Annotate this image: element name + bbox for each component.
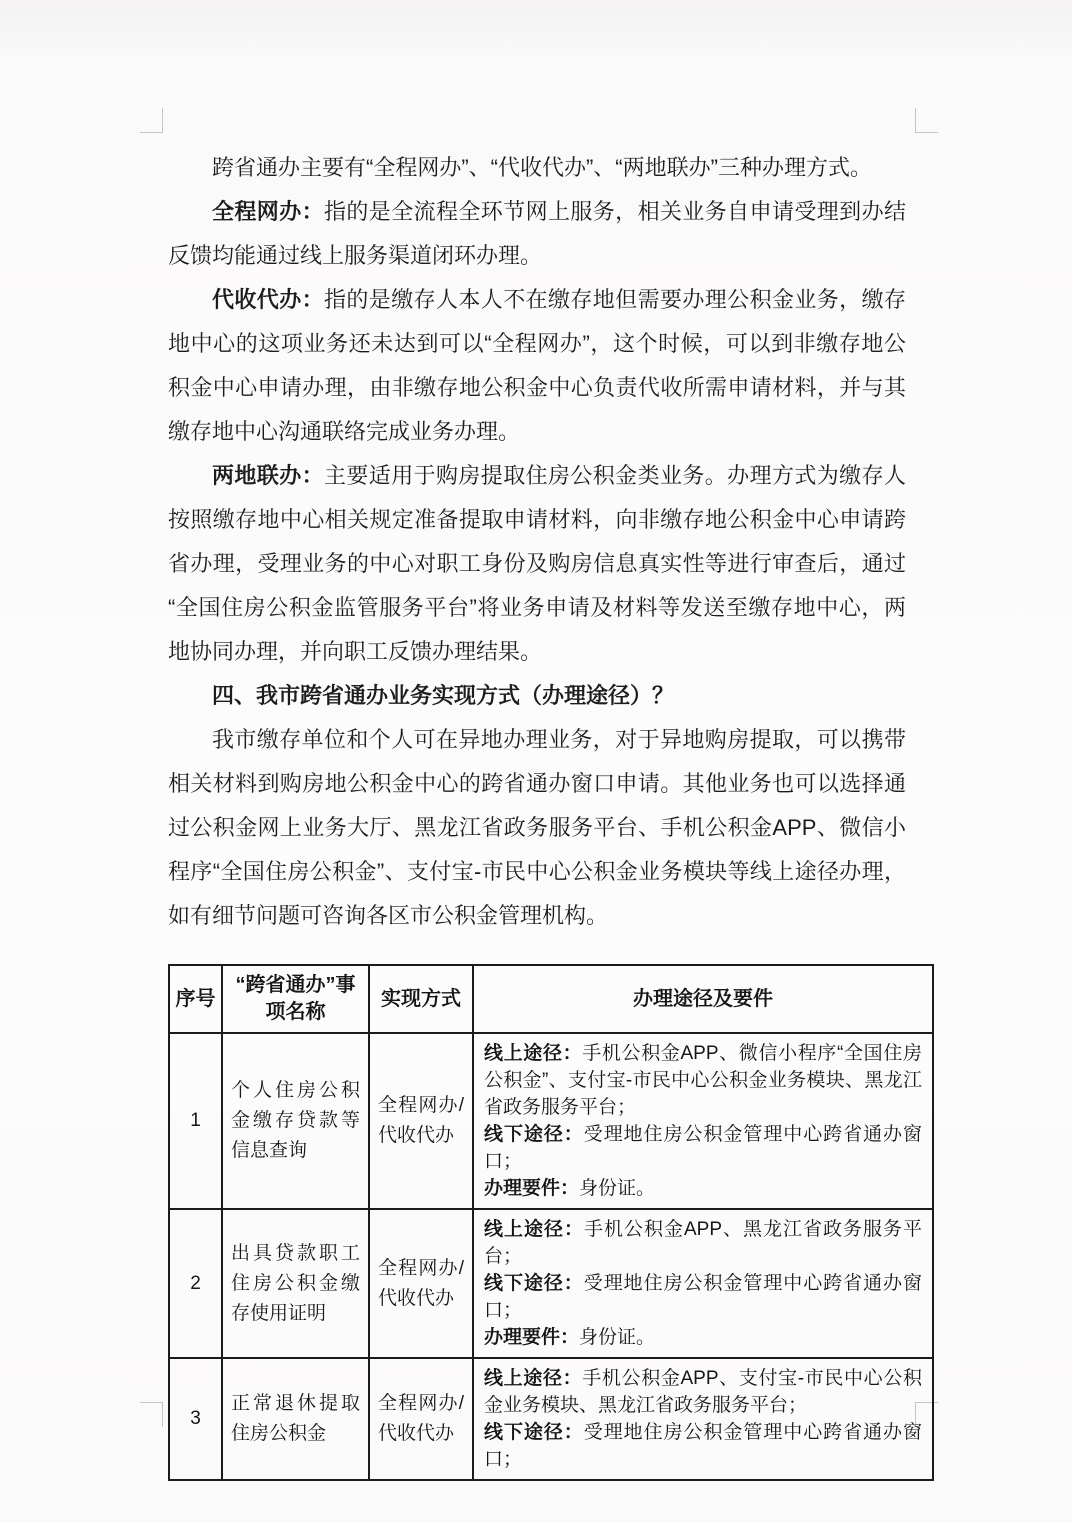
paragraph-4: 两地联办：主要适用于购房提取住房公积金类业务。办理方式为缴存人按照缴存地中心相关… (168, 454, 906, 674)
cell-item-name: 个人住房公积金缴存贷款等信息查询 (222, 1033, 369, 1209)
margin-corner-mark-top-right (915, 108, 938, 133)
detail-text: 身份证。 (579, 1327, 655, 1348)
detail-label: 线上途径： (484, 1043, 582, 1064)
cell-method: 全程网办/代收代办 (369, 1358, 473, 1480)
detail-label: 线上途径： (484, 1219, 584, 1240)
text-run: 主要适用于购房提取住房公积金类业务。办理方式为缴存人按照缴存地中心相关规定准备提… (168, 463, 906, 664)
detail-line: 办理要件：身份证。 (484, 1324, 922, 1351)
table-header-cell-3: 实现方式 (369, 965, 473, 1033)
paragraph-3: 代收代办：指的是缴存人本人不在缴存地但需要办理公积金业务，缴存地中心的这项业务还… (168, 278, 906, 454)
cell-item-name: 正常退休提取住房公积金 (222, 1358, 369, 1480)
bold-text-run: 四、我市跨省通办业务实现方式（办理途径）？ (212, 683, 674, 708)
detail-line: 线上途径：手机公积金APP、微信小程序“全国住房公积金”、支付宝-市民中心公积金… (484, 1040, 922, 1121)
body-paragraphs: 跨省通办主要有“全程网办”、“代收代办”、“两地联办”三种办理方式。全程网办：指… (168, 146, 906, 938)
cross-province-items-table: 序号“跨省通办”事项名称实现方式办理途径及要件 1个人住房公积金缴存贷款等信息查… (168, 964, 934, 1481)
bold-text-run: 两地联办： (212, 463, 324, 488)
detail-label: 线上途径： (484, 1368, 582, 1389)
detail-line: 线下途径：受理地住房公积金管理中心跨省通办窗口； (484, 1121, 922, 1175)
cell-details: 线上途径：手机公积金APP、支付宝-市民中心公积金业务模块、黑龙江省政务服务平台… (473, 1358, 933, 1480)
section-heading: 四、我市跨省通办业务实现方式（办理途径）？ (168, 674, 906, 718)
cell-details: 线上途径：手机公积金APP、黑龙江省政务服务平台；线下途径：受理地住房公积金管理… (473, 1209, 933, 1358)
detail-label: 线下途径： (484, 1422, 584, 1443)
table-row-1: 1个人住房公积金缴存贷款等信息查询全程网办/代收代办线上途径：手机公积金APP、… (169, 1033, 933, 1209)
paragraph-1: 跨省通办主要有“全程网办”、“代收代办”、“两地联办”三种办理方式。 (168, 146, 906, 190)
paragraph-2: 全程网办：指的是全流程全环节网上服务，相关业务自申请受理到办结反馈均能通过线上服… (168, 190, 906, 278)
detail-label: 线下途径： (484, 1273, 584, 1294)
detail-line: 线上途径：手机公积金APP、支付宝-市民中心公积金业务模块、黑龙江省政务服务平台… (484, 1365, 922, 1419)
cell-index: 3 (169, 1358, 222, 1480)
cell-index: 1 (169, 1033, 222, 1209)
table-row-3: 3正常退休提取住房公积金全程网办/代收代办线上途径：手机公积金APP、支付宝-市… (169, 1358, 933, 1480)
detail-label: 办理要件： (484, 1178, 579, 1199)
margin-corner-mark-top-left (140, 108, 163, 133)
table-header-row: 序号“跨省通办”事项名称实现方式办理途径及要件 (169, 965, 933, 1033)
document-viewport: { "document": { "paragraphs": [ {"type":… (0, 0, 1072, 1523)
detail-line: 线下途径：受理地住房公积金管理中心跨省通办窗口； (484, 1419, 922, 1473)
table-body: 1个人住房公积金缴存贷款等信息查询全程网办/代收代办线上途径：手机公积金APP、… (169, 1033, 933, 1480)
detail-text: 身份证。 (579, 1178, 655, 1199)
detail-line: 办理要件：身份证。 (484, 1175, 922, 1202)
header-row: 序号“跨省通办”事项名称实现方式办理途径及要件 (169, 965, 933, 1033)
detail-label: 线下途径： (484, 1124, 584, 1145)
table-row-2: 2出具贷款职工住房公积金缴存使用证明全程网办/代收代办线上途径：手机公积金APP… (169, 1209, 933, 1358)
paragraph-6: 我市缴存单位和个人可在异地办理业务，对于异地购房提取，可以携带相关材料到购房地公… (168, 718, 906, 938)
cell-method: 全程网办/代收代办 (369, 1209, 473, 1358)
table-header-cell-4: 办理途径及要件 (473, 965, 933, 1033)
bold-text-run: 全程网办： (212, 199, 324, 224)
detail-line: 线下途径：受理地住房公积金管理中心跨省通办窗口； (484, 1270, 922, 1324)
margin-corner-mark-bottom-left (140, 1402, 163, 1427)
detail-label: 办理要件： (484, 1327, 579, 1348)
text-run: 跨省通办主要有“全程网办”、“代收代办”、“两地联办”三种办理方式。 (212, 155, 872, 180)
cell-details: 线上途径：手机公积金APP、微信小程序“全国住房公积金”、支付宝-市民中心公积金… (473, 1033, 933, 1209)
cell-index: 2 (169, 1209, 222, 1358)
document-content: 跨省通办主要有“全程网办”、“代收代办”、“两地联办”三种办理方式。全程网办：指… (168, 146, 934, 1481)
cell-method: 全程网办/代收代办 (369, 1033, 473, 1209)
detail-line: 线上途径：手机公积金APP、黑龙江省政务服务平台； (484, 1216, 922, 1270)
text-run: 我市缴存单位和个人可在异地办理业务，对于异地购房提取，可以携带相关材料到购房地公… (168, 727, 906, 928)
table-header-cell-2: “跨省通办”事项名称 (222, 965, 369, 1033)
table-header-cell-1: 序号 (169, 965, 222, 1033)
cell-item-name: 出具贷款职工住房公积金缴存使用证明 (222, 1209, 369, 1358)
bold-text-run: 代收代办： (212, 287, 324, 312)
